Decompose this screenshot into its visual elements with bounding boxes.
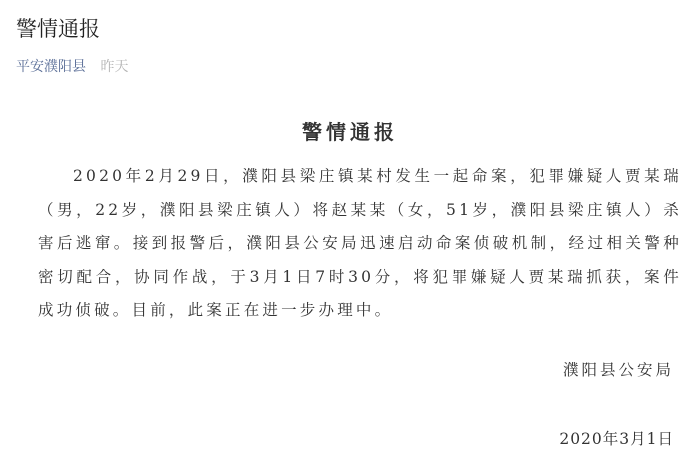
article-title: 警情通报 <box>16 12 128 46</box>
article-meta: 平安濮阳县 昨天 <box>16 56 128 78</box>
account-name-link[interactable]: 平安濮阳县 <box>16 59 86 75</box>
article-header: 警情通报 平安濮阳县 昨天 <box>16 12 128 78</box>
issue-date: 2020年3月1日 <box>559 424 674 454</box>
notice-body: 2020年2月29日，濮阳县梁庄镇某村发生一起命案，犯罪嫌疑人贾某瑞（男，22岁… <box>38 160 682 328</box>
publish-time: 昨天 <box>100 59 128 75</box>
notice-document: 警情通报 2020年2月29日，濮阳县梁庄镇某村发生一起命案，犯罪嫌疑人贾某瑞（… <box>0 115 700 328</box>
issuer-signature: 濮阳县公安局 <box>563 355 674 385</box>
notice-title: 警情通报 <box>0 115 700 149</box>
notice-paragraph: 2020年2月29日，濮阳县梁庄镇某村发生一起命案，犯罪嫌疑人贾某瑞（男，22岁… <box>38 160 682 328</box>
